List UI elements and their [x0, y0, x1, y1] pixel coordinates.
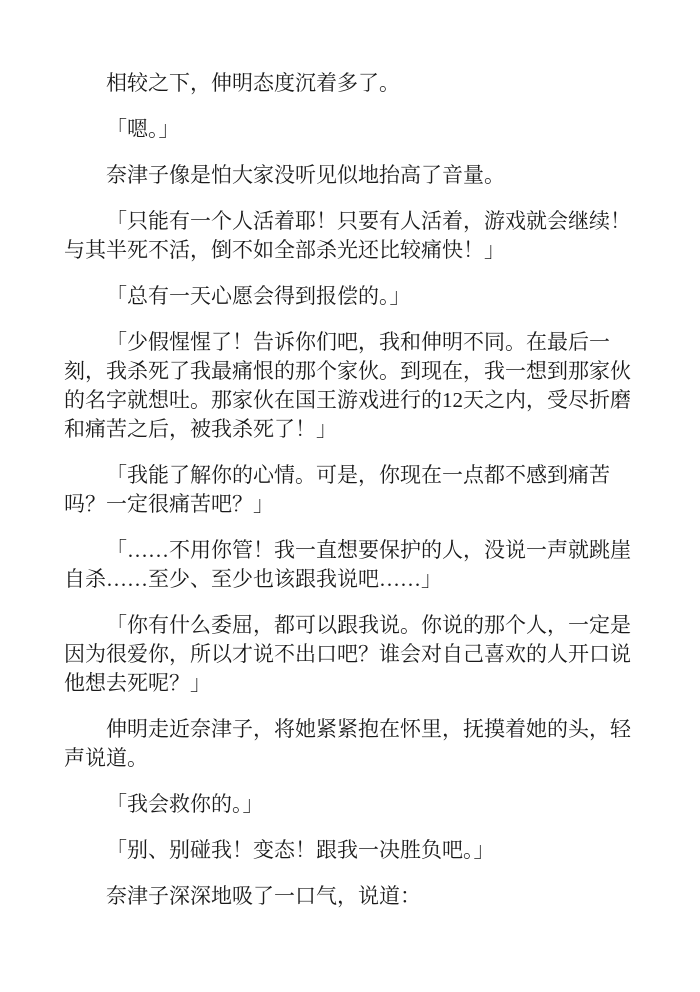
paragraph: 「嗯。」 [64, 115, 637, 144]
paragraph: 「别、别碰我！变态！跟我一决胜负吧。」 [64, 836, 637, 865]
paragraph: 「总有一天心愿会得到报偿的。」 [64, 282, 637, 311]
paragraph: 「……不用你管！我一直想要保护的人，没说一声就跳崖自杀……至少、至少也该跟我说吧… [64, 536, 637, 594]
paragraph: 「你有什么委屈，都可以跟我说。你说的那个人，一定是因为很爱你，所以才说不出口吧？… [64, 611, 637, 698]
paragraph: 「少假惺惺了！告诉你们吧，我和伸明不同。在最后一刻，我杀死了我最痛恨的那个家伙。… [64, 328, 637, 444]
text-block: 相较之下，伸明态度沉着多了。「嗯。」奈津子像是怕大家没听见似地抬高了音量。「只能… [64, 69, 637, 911]
novel-page: 相较之下，伸明态度沉着多了。「嗯。」奈津子像是怕大家没听见似地抬高了音量。「只能… [0, 0, 700, 992]
paragraph: 奈津子深深地吸了一口气，说道： [64, 882, 637, 911]
paragraph: 「我会救你的。」 [64, 790, 637, 819]
paragraph: 伸明走近奈津子，将她紧紧抱在怀里，抚摸着她的头，轻声说道。 [64, 715, 637, 773]
paragraph: 相较之下，伸明态度沉着多了。 [64, 69, 637, 98]
paragraph: 奈津子像是怕大家没听见似地抬高了音量。 [64, 161, 637, 190]
paragraph: 「只能有一个人活着耶！只要有人活着，游戏就会继续！与其半死不活，倒不如全部杀光还… [64, 207, 637, 265]
paragraph: 「我能了解你的心情。可是，你现在一点都不感到痛苦吗？一定很痛苦吧？」 [64, 461, 637, 519]
